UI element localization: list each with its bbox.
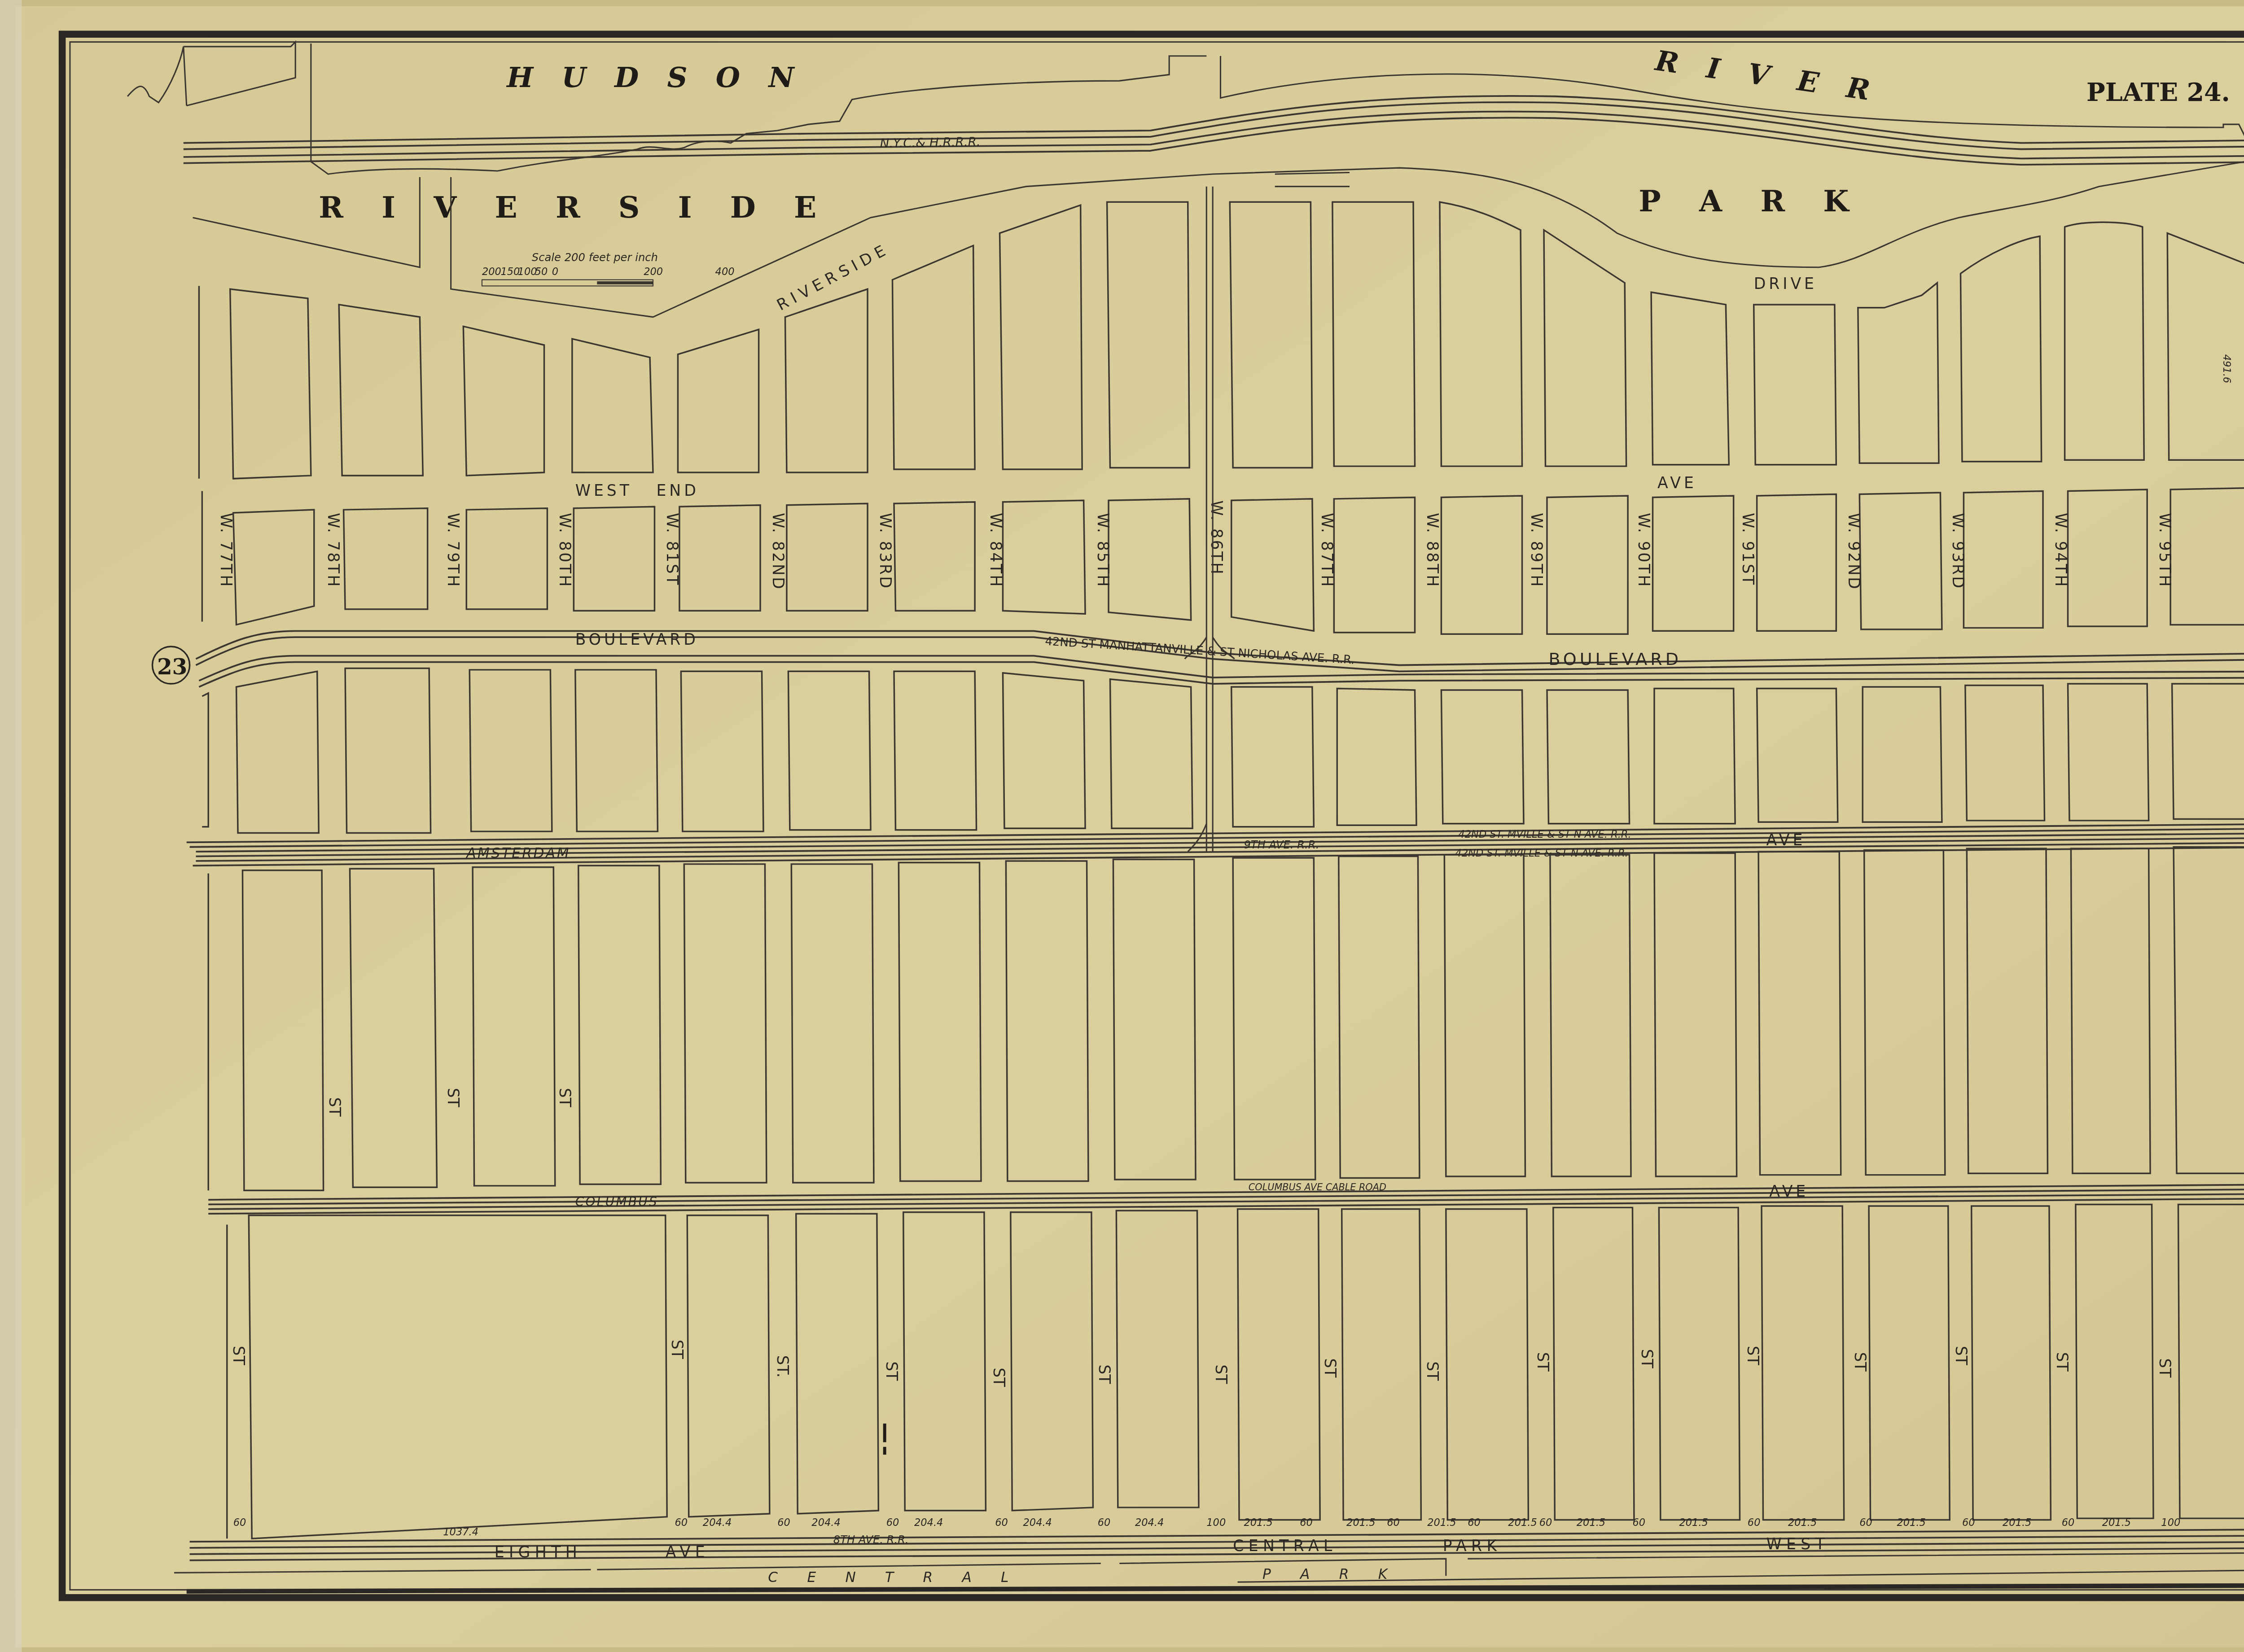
- columbus-label: COLUMBUS: [575, 1194, 658, 1209]
- cross-street-label: W. 78TH: [324, 513, 342, 588]
- frontage-measure: 60: [1748, 1517, 1761, 1529]
- cross-street-label: W. 82ND: [769, 513, 787, 590]
- svg-text:200: 200: [482, 266, 501, 278]
- cross-street-label: W. 83RD: [876, 513, 894, 590]
- st-label: ST: [556, 1088, 574, 1108]
- svg-text:200: 200: [644, 266, 663, 278]
- cross-street-label: W. 94TH: [2051, 513, 2069, 588]
- map-canvas: N.Y.C.& H.R.R.R. H U D S O N R I V E R P…: [0, 0, 2244, 1652]
- svg-text:ST: ST: [1952, 1346, 1970, 1366]
- frontage-measure: 201.5: [1346, 1517, 1375, 1529]
- cpw-park-label: PARK: [1443, 1537, 1502, 1555]
- frontage-measure: 204.4: [1023, 1517, 1052, 1529]
- svg-text:ST: ST: [2156, 1358, 2174, 1378]
- amsterdam-rr-label-upper: 42ND ST. MVILLE & ST N AVE. R.R.: [1459, 829, 1631, 840]
- columbus-ave-label: AVE: [1769, 1183, 1809, 1201]
- west-end-label: WEST END: [575, 482, 699, 500]
- frontage-measure: 60: [1098, 1517, 1111, 1529]
- eighth-ave-label: AVE: [666, 1543, 710, 1561]
- frontage-measure: 201.5: [1508, 1517, 1537, 1529]
- cross-street-label: W. 92ND: [1845, 513, 1863, 590]
- eighth-ave-rr-label: 8TH AVE. R.R.: [833, 1533, 909, 1546]
- frontage-measure: 60: [1859, 1517, 1872, 1529]
- svg-text:100: 100: [518, 266, 537, 278]
- hudson-label: H U D S O N: [506, 61, 803, 94]
- st-label: ST: [325, 1097, 343, 1117]
- frontage-measure: 60: [675, 1517, 688, 1529]
- frontage-measure: 60: [2062, 1517, 2075, 1529]
- west-end-ave-label: AVE: [1657, 474, 1697, 492]
- central-park-label-central: C E N T R A L: [768, 1569, 1021, 1586]
- frontage-measure: 1037.4: [443, 1526, 478, 1538]
- svg-text:0: 0: [552, 266, 558, 278]
- frontage-measure: 204.4: [703, 1517, 732, 1529]
- plate-number: PLATE 24.: [2086, 78, 2230, 107]
- svg-text:ST: ST: [229, 1346, 247, 1366]
- svg-text:150: 150: [501, 266, 520, 278]
- svg-text:23: 23: [157, 654, 187, 680]
- frontage-measure: 204.4: [1135, 1517, 1164, 1529]
- st-label: ST: [444, 1088, 462, 1108]
- cross-street-label: W. 80TH: [556, 513, 574, 588]
- frontage-measure: 201.5: [2003, 1517, 2031, 1529]
- cross-street-label: W. 87TH: [1318, 513, 1336, 588]
- svg-text:400: 400: [715, 266, 735, 278]
- frontage-measure: 201.5: [1427, 1517, 1456, 1529]
- frontage-measure: 100: [2161, 1517, 2180, 1529]
- frontage-measure: 201.5: [1679, 1517, 1708, 1529]
- amsterdam-label: AMSTERDAM: [465, 845, 570, 861]
- frontage-measure: 204.4: [811, 1517, 840, 1529]
- svg-text:ST: ST: [990, 1368, 1008, 1387]
- frontage-measure: 201.5: [2102, 1517, 2131, 1529]
- cross-street-label: W. 90TH: [1635, 513, 1652, 588]
- frontage-measure: 60: [233, 1517, 246, 1529]
- nyc-hr-railroad-label: N.Y.C.& H.R.R.R.: [880, 134, 981, 151]
- svg-text:ST: ST: [1851, 1352, 1869, 1372]
- svg-text:Scale 200 feet per inch: Scale 200 feet per inch: [532, 251, 658, 264]
- cross-street-label: W. 89TH: [1527, 513, 1545, 588]
- svg-text:ST.: ST.: [773, 1355, 791, 1377]
- eighth-label: EIGHTH: [495, 1543, 582, 1561]
- frontage-measure: 201.5: [1897, 1517, 1925, 1529]
- drive-label: DRIVE: [1754, 275, 1817, 293]
- cross-street-label: W. 81ST: [663, 513, 681, 586]
- cross-street-label: W. 77TH: [217, 513, 235, 588]
- svg-text:ST: ST: [1423, 1361, 1441, 1381]
- map-sheet: N.Y.C.& H.R.R.R. H U D S O N R I V E R P…: [0, 0, 2244, 1652]
- svg-text:ST: ST: [1638, 1349, 1656, 1369]
- amsterdam-ave-label: AVE: [1766, 831, 1806, 849]
- frontage-measure: 60: [1468, 1517, 1481, 1529]
- svg-text:ST: ST: [2053, 1352, 2071, 1372]
- frontage-measure: 201.5: [1788, 1517, 1817, 1529]
- svg-text:ST: ST: [1095, 1364, 1113, 1384]
- cross-street-label: W. 79TH: [444, 513, 462, 588]
- riverside-park-label-riverside: R I V E R S I D E: [319, 190, 830, 225]
- frontage-measure: 60: [995, 1517, 1008, 1529]
- svg-text:ST: ST: [882, 1361, 900, 1381]
- cross-street-label: W. 85TH: [1094, 513, 1112, 588]
- cross-street-label: W. 91ST: [1739, 513, 1757, 586]
- columbus-cable-road-label: COLUMBUS AVE CABLE ROAD: [1249, 1182, 1386, 1193]
- amsterdam-rr-label-lower: 42ND ST. MVILLE & ST N AVE. R.R.: [1455, 848, 1628, 859]
- frontage-measure: 60: [1387, 1517, 1400, 1529]
- svg-text:50: 50: [535, 266, 548, 278]
- frontage-measure: 60: [1300, 1517, 1313, 1529]
- frontage-measure: 60: [777, 1517, 790, 1529]
- ninth-ave-rr-label: 9TH AVE. R.R.: [1244, 838, 1319, 851]
- frontage-measure: 201.5: [1244, 1517, 1272, 1529]
- cross-street-label: W. 93RD: [1949, 513, 1967, 590]
- central-park-label-park: P A R K: [1262, 1566, 1400, 1582]
- frontage-measure: 204.4: [914, 1517, 943, 1529]
- frontage-measure: 100: [1206, 1517, 1226, 1529]
- boulevard-label-right: BOULEVARD: [1548, 650, 1681, 669]
- park-block-measure: 491.6: [2221, 354, 2232, 383]
- frontage-measure: 60: [1539, 1517, 1552, 1529]
- cross-street-label: W. 86TH: [1207, 500, 1225, 576]
- cross-street-label: W. 88TH: [1423, 513, 1441, 588]
- cpw-west-label: WEST: [1766, 1535, 1829, 1553]
- cross-street-label: W. 95TH: [2156, 513, 2174, 588]
- frontage-measure: 60: [1633, 1517, 1646, 1529]
- frontage-measure: 60: [886, 1517, 899, 1529]
- riverside-park-label-park: P A R K: [1639, 184, 1863, 219]
- frontage-measure: 201.5: [1577, 1517, 1605, 1529]
- boulevard-label-left: BOULEVARD: [575, 631, 699, 649]
- svg-text:ST: ST: [668, 1340, 686, 1359]
- svg-text:ST: ST: [1534, 1352, 1552, 1372]
- svg-text:ST: ST: [1744, 1346, 1762, 1366]
- svg-text:ST: ST: [1321, 1358, 1339, 1378]
- cpw-central-label: CENTRAL: [1233, 1537, 1337, 1555]
- cross-street-label: W. 84TH: [986, 513, 1004, 588]
- frontage-measure: 60: [1962, 1517, 1975, 1529]
- svg-text:ST: ST: [1212, 1364, 1230, 1384]
